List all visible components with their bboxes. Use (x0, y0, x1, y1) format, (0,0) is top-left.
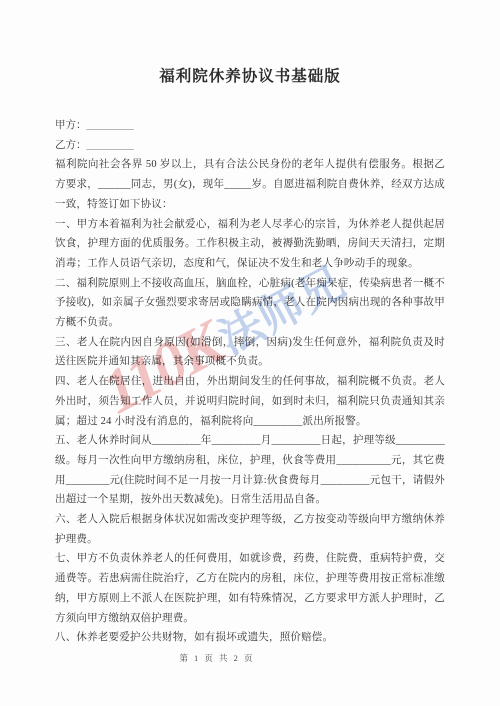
document-page: 福利院休养协议书基础版 甲方：_________ 乙方：_________ 福利… (0, 0, 500, 706)
paragraph-clause-8: 八、休养老要爱护公共财物，如有损坏或遗失，照价赔偿。 (55, 628, 445, 648)
paragraph-clause-6: 六、老人入院后根据身体状况如需改变护理等级，乙方按变动等级向甲方缴纳休养护理费。 (55, 510, 445, 549)
paragraph-clause-3: 三、老人在院内因自身原因(如滑倒，摔倒，因病)发生任何意外，福利院负责及时送往医… (55, 333, 445, 372)
party-fields: 甲方：_________ 乙方：_________ (55, 116, 445, 155)
party-a-line: 甲方：_________ (55, 116, 445, 136)
page-number: 第 1 页 共 2 页 (0, 652, 434, 664)
party-b-label: 乙方： (55, 140, 87, 151)
paragraph-clause-5: 五、老人休养时间从_________年_________月_________日起… (55, 431, 445, 510)
document-title: 福利院休养协议书基础版 (55, 64, 445, 86)
document-content: 福利院休养协议书基础版 甲方：_________ 乙方：_________ 福利… (55, 0, 445, 648)
party-a-blank: _________ (87, 120, 134, 131)
paragraph-clause-4: 四、老人在院居住，进出自由，外出期间发生的任何事故，福利院概不负责。老人外出时，… (55, 372, 445, 431)
paragraph-intro: 福利院向社会各界 50 岁以上，具有合法公民身份的老年人提供有偿服务。根据乙方要… (55, 155, 445, 214)
party-b-blank: _________ (87, 140, 134, 151)
party-b-line: 乙方：_________ (55, 136, 445, 156)
paragraph-clause-1: 一、甲方本着福利为社会献爱心，福利为老人尽孝心的宗旨，为休养老人提供起居饮食，护… (55, 215, 445, 274)
paragraph-list: 福利院向社会各界 50 岁以上，具有合法公民身份的老年人提供有偿服务。根据乙方要… (55, 155, 445, 648)
paragraph-clause-2: 二、福利院原则上不接收高血压，脑血栓，心脏病(老年痴呆症，传染病患者一概不予接收… (55, 274, 445, 333)
paragraph-clause-7: 七、甲方不负责休养老人的任何费用，如就诊费，药费，住院费，重病特护费，交通费等。… (55, 549, 445, 628)
party-a-label: 甲方： (55, 120, 87, 131)
